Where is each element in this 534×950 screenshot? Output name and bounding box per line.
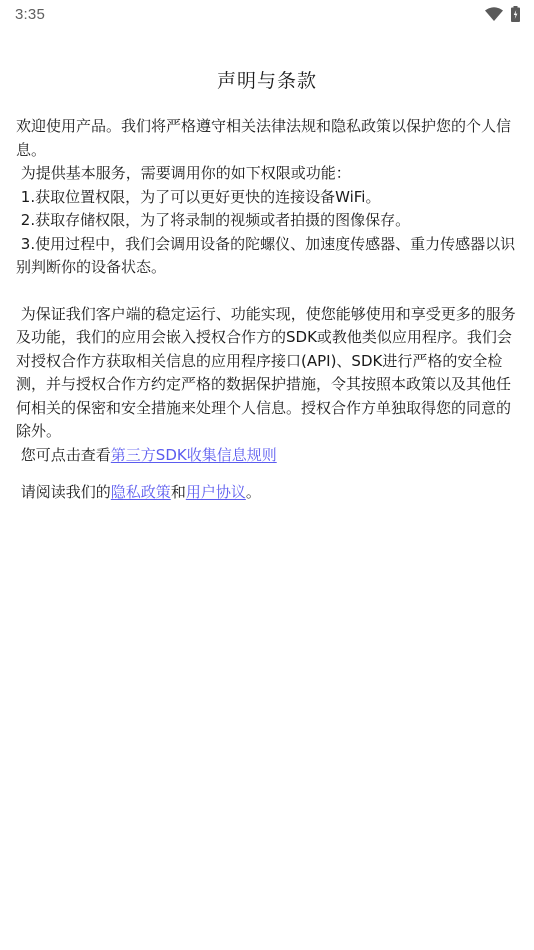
status-bar: 3:35 [0, 0, 534, 28]
page-title: 声明与条款 [0, 66, 534, 93]
sdk-rules-link[interactable]: 第三方SDK收集信息规则 [111, 446, 277, 464]
read-policies-prefix: 请阅读我们的 [16, 483, 111, 501]
welcome-text: 欢迎使用产品。我们将严格遵守相关法律法规和隐私政策以保护您的个人信息。 [16, 115, 522, 162]
spacer [16, 467, 522, 481]
sdk-paragraph: 为保证我们客户端的稳定运行、功能实现，使您能够使用和享受更多的服务及功能，我们的… [16, 303, 522, 444]
period-text: 。 [246, 483, 261, 501]
privacy-policy-link[interactable]: 隐私政策 [111, 483, 171, 501]
conjunction-text: 和 [171, 483, 186, 501]
sdk-rules-line: 您可点击查看第三方SDK收集信息规则 [16, 444, 522, 468]
terms-content: 欢迎使用产品。我们将严格遵守相关法律法规和隐私政策以保护您的个人信息。 为提供基… [16, 115, 522, 505]
permission-item-location: 1.获取位置权限，为了可以更好更快的连接设备WiFi。 [16, 186, 522, 210]
status-time: 3:35 [15, 6, 45, 23]
status-icons [485, 6, 520, 22]
permission-item-sensors: 3.使用过程中，我们会调用设备的陀螺仪、加速度传感器、重力传感器以识别判断你的设… [16, 233, 522, 280]
wifi-icon [485, 7, 503, 21]
permissions-intro: 为提供基本服务，需要调用你的如下权限或功能： [16, 162, 522, 186]
permission-item-storage: 2.获取存储权限，为了将录制的视频或者拍摄的图像保存。 [16, 209, 522, 233]
sdk-rules-prefix: 您可点击查看 [16, 446, 111, 464]
read-policies-line: 请阅读我们的隐私政策和用户协议。 [16, 481, 522, 505]
user-agreement-link[interactable]: 用户协议 [186, 483, 246, 501]
battery-charging-icon [511, 6, 520, 22]
spacer [16, 280, 522, 303]
